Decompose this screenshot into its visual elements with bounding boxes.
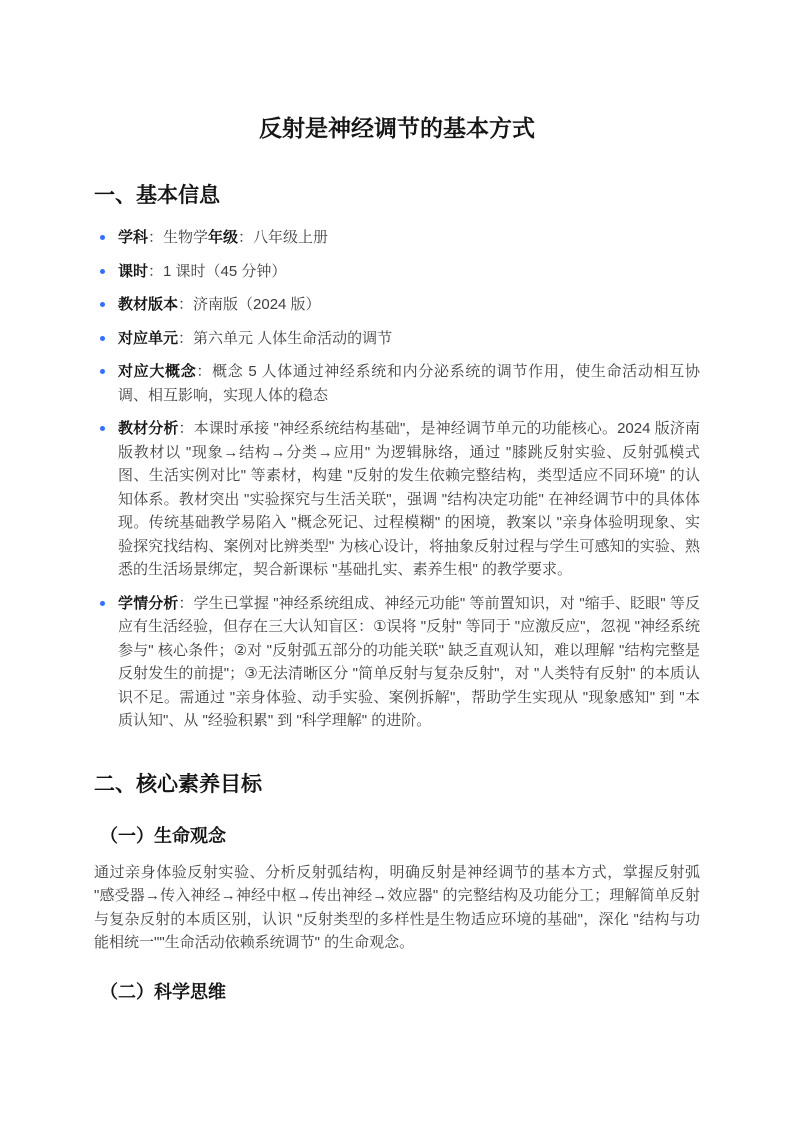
bullet-icon <box>100 235 105 240</box>
section-heading-basic-info: 一、基本信息 <box>94 182 700 210</box>
bullet-icon <box>100 369 105 374</box>
subsection-heading-scientific-thinking: （二）科学思维 <box>100 979 700 1005</box>
basic-info-list: 学科：生物学年级：八年级上册 课时：1 课时（45 分钟） 教材版本：济南版（2… <box>94 226 700 733</box>
bullet-icon <box>100 426 105 431</box>
list-item-textbook-analysis: 教材分析：本课时承接 "神经系统结构基础"，是神经调节单元的功能核心。2024 … <box>94 417 700 582</box>
bullet-icon <box>100 302 105 307</box>
life-concept-paragraph: 通过亲身体验反射实验、分析反射弧结构，明确反射是神经调节的基本方式，掌握反射弧 … <box>94 861 700 955</box>
item-text: ：本课时承接 "神经系统结构基础"，是神经调节单元的功能核心。2024 版济南版… <box>118 420 700 578</box>
list-item-class-hours: 课时：1 课时（45 分钟） <box>94 260 700 284</box>
bullet-icon <box>100 269 105 274</box>
item-label: 对应大概念 <box>118 363 196 380</box>
document-page: 反射是神经调节的基本方式 一、基本信息 学科：生物学年级：八年级上册 课时：1 … <box>0 0 794 1123</box>
list-item-big-concept: 对应大概念：概念 5 人体通过神经系统和内分泌系统的调节作用，使生命活动相互协调… <box>94 360 700 407</box>
item-label-2: 年级 <box>208 229 238 246</box>
item-text: ：第六单元 人体生命活动的调节 <box>178 330 392 347</box>
item-text: ：生物学 <box>148 229 208 246</box>
subsection-heading-life-concept: （一）生命观念 <box>100 823 700 849</box>
item-label: 学情分析 <box>118 595 178 612</box>
bullet-icon <box>100 601 105 606</box>
list-item-learner-analysis: 学情分析：学生已掌握 "神经系统组成、神经元功能" 等前置知识，对 "缩手、眨眼… <box>94 592 700 733</box>
item-text-2: ：八年级上册 <box>238 229 328 246</box>
list-item-unit: 对应单元：第六单元 人体生命活动的调节 <box>94 327 700 351</box>
item-text: ：济南版（2024 版） <box>178 296 321 313</box>
list-item-textbook-version: 教材版本：济南版（2024 版） <box>94 293 700 317</box>
item-text: ：1 课时（45 分钟） <box>148 263 286 280</box>
item-text: ：概念 5 人体通过神经系统和内分泌系统的调节作用，使生命活动相互协调、相互影响… <box>118 363 700 404</box>
section-heading-core-literacy: 二、核心素养目标 <box>94 771 700 799</box>
document-title: 反射是神经调节的基本方式 <box>94 112 700 144</box>
list-item-subject-grade: 学科：生物学年级：八年级上册 <box>94 226 700 250</box>
item-label: 教材版本 <box>118 296 178 313</box>
item-label: 对应单元 <box>118 330 178 347</box>
item-label: 学科 <box>118 229 148 246</box>
item-text: ：学生已掌握 "神经系统组成、神经元功能" 等前置知识，对 "缩手、眨眼" 等反… <box>118 595 700 730</box>
item-label: 教材分析 <box>118 420 179 437</box>
bullet-icon <box>100 336 105 341</box>
item-label: 课时 <box>118 263 148 280</box>
